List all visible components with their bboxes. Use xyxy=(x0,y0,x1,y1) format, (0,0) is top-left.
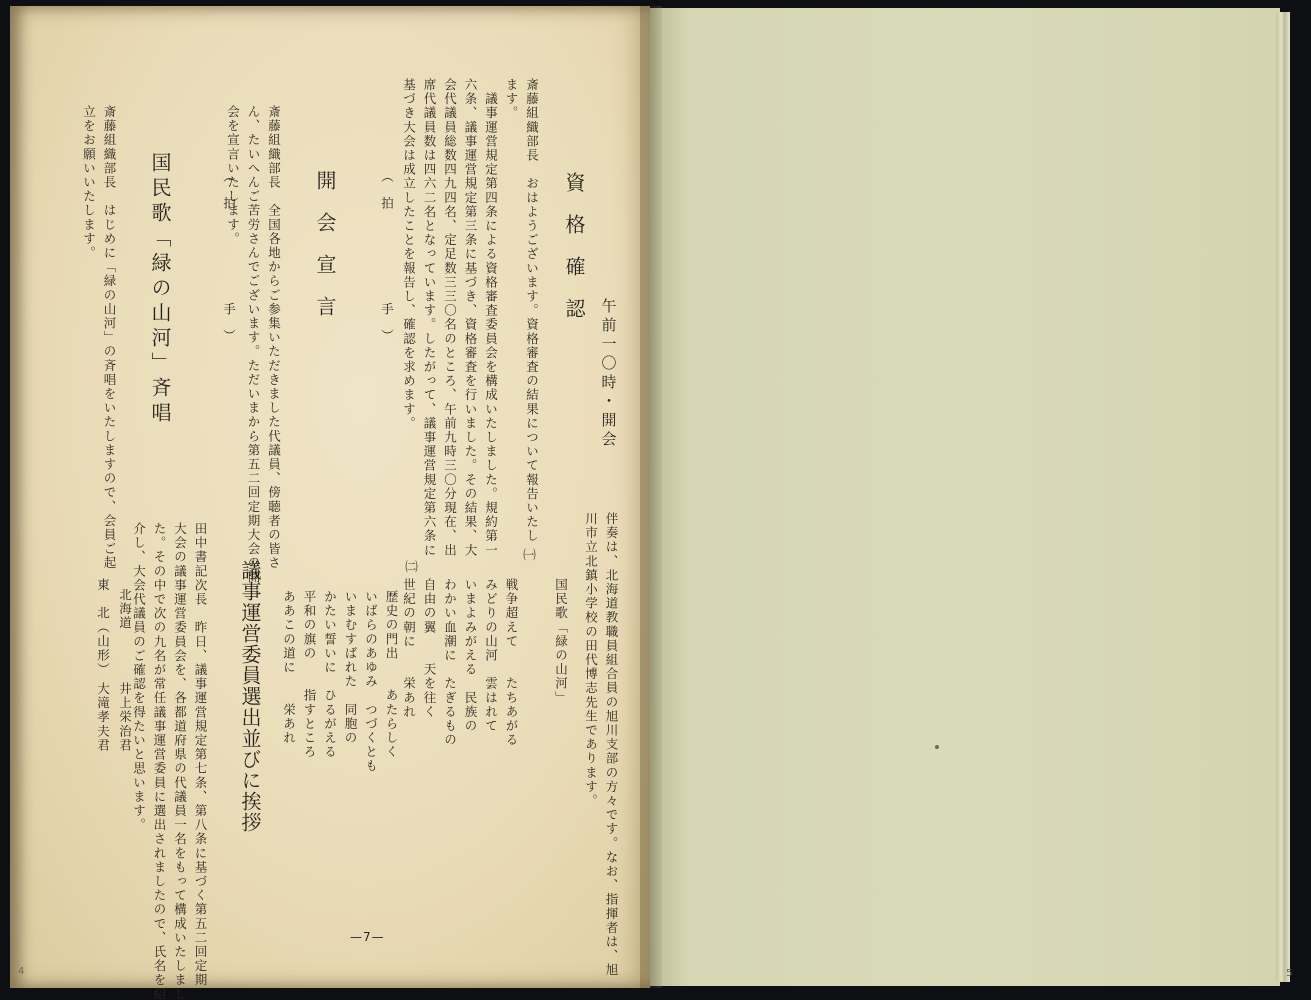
lyric-line: かたい誓いに ひるがえる xyxy=(319,590,340,773)
lyric-line: 自由の翼 天を往く xyxy=(419,578,440,747)
text-line: 会代議員総数四九四名、定足数三三〇名のところ、午前九時三〇分現在、出 xyxy=(439,78,460,498)
text-line: 席代議員数は四六二名となっています。したがって、議事運営規定第六条に xyxy=(419,78,440,498)
corner-mark-right: 5 xyxy=(1286,968,1292,979)
lyric-line: ああこの道に 栄あれ xyxy=(278,590,299,773)
lyric-line: 世紀の朝に 栄あれ xyxy=(398,578,419,747)
text-line: 斎藤組織部長 おはようございます。資格審査の結果について報告いたし xyxy=(521,78,542,498)
credentials-paragraph: 斎藤組織部長 おはようございます。資格審査の結果について報告いたし ます。 議事… xyxy=(398,78,542,498)
lyric-line: わかい血潮に たぎるもの xyxy=(439,578,460,747)
text-line: 斎藤組織部長 はじめに「緑の山河」の斉唱をいたしますので、会員ご起 xyxy=(99,105,120,570)
text-line: 基づき大会は成立したことを報告し、確認を求めます。 xyxy=(398,78,419,498)
text-line: ん、たいへんご苦労さんでございます。ただいまから第五二回定期大会の開 xyxy=(243,105,264,584)
page-number: —7— xyxy=(350,930,385,944)
right-page-blank xyxy=(650,8,1280,986)
time-header: 午前一〇時・開会 xyxy=(598,298,619,450)
applause-note-2: （拍 手） xyxy=(218,170,239,356)
member-region: 東 北（山形） xyxy=(92,578,113,677)
committee-paragraph: 田中書記次長 昨日、議事運営規定第七条、第八条に基づく第五二回定期 大会の議事運… xyxy=(128,522,210,1000)
lyric-line: 歴史の門出 あたらしく xyxy=(381,590,402,773)
verse2-marker: ㈡ xyxy=(400,560,421,574)
verse1-marker: ㈠ xyxy=(518,548,539,562)
text-line: 議事運営規定第四条による資格審査委員会を構成いたしました。規約第一 xyxy=(480,78,501,498)
section-heading-anthem: 国民歌「緑の山河」斉唱 xyxy=(148,152,172,427)
member-name: 井上栄治君 xyxy=(114,682,135,753)
text-line: ます。 xyxy=(501,78,522,498)
text-line: 斎藤組織部長 全国各地からご参集いただきました代議員、傍聴者の皆さ xyxy=(263,105,284,584)
text-line: 田中書記次長 昨日、議事運営規定第七条、第八条に基づく第五二回定期 xyxy=(190,522,211,1000)
text-line: た。その中で次の九名が常任議事運営委員に選出されましたので、氏名を紹 xyxy=(149,522,170,1000)
paper-speck xyxy=(935,745,939,749)
text-line: 六条、議事運営規定第三条に基づき、資格審査を行いました。その結果、大 xyxy=(460,78,481,498)
text-line: 大会の議事運営委員会を、各都道府県の代議員一名をもって構成いたしまし xyxy=(169,522,190,1000)
corner-mark-left: 4 xyxy=(18,966,24,977)
lyric-line: いまむすばれた 同胞の xyxy=(340,590,361,773)
section-heading-steering-committee: 議事運営委員選出並びに挨拶 xyxy=(238,560,262,833)
text-line: 立をお願いいたします。 xyxy=(78,105,99,570)
lyric-line: いまよみがえる 民族の xyxy=(460,578,481,747)
text-line: 川市立北鎮小学校の田代博志先生であります。 xyxy=(580,512,601,977)
section-heading-opening: 開会宣言 xyxy=(313,170,337,338)
member-name: 大滝孝夫君 xyxy=(92,682,113,753)
member-region: 北海道 xyxy=(114,588,135,630)
anthem-paragraph: 斎藤組織部長 はじめに「緑の山河」の斉唱をいたしますので、会員ご起 立をお願いい… xyxy=(78,105,119,570)
applause-note-1: （拍 手） xyxy=(376,170,397,356)
lyric-line: 平和の旗の 指すところ xyxy=(299,590,320,773)
lyric-line: みどりの山河 雲はれて xyxy=(480,578,501,747)
text-line: 伴奏は、北海道教職員組合員の旭川支部の方々です。なお、指揮者は、旭 xyxy=(601,512,622,977)
book-gutter xyxy=(640,6,662,988)
lyric-line: 戦争超えて たちあがる xyxy=(501,578,522,747)
song-verse-1: 戦争超えて たちあがる みどりの山河 雲はれて いまよみがえる 民族の わかい血… xyxy=(398,578,521,747)
song-verse-2: 歴史の門出 あたらしく いばらのあゆみ つづくとも いまむすばれた 同胞の かた… xyxy=(278,590,401,773)
lyric-line: いばらのあゆみ つづくとも xyxy=(360,590,381,773)
accompaniment-note: 伴奏は、北海道教職員組合員の旭川支部の方々です。なお、指揮者は、旭 川市立北鎮小… xyxy=(580,512,621,977)
song-title: 国民歌「緑の山河」 xyxy=(550,578,571,705)
page-edges xyxy=(1276,12,1290,982)
section-heading-credentials: 資格確認 xyxy=(562,172,586,340)
